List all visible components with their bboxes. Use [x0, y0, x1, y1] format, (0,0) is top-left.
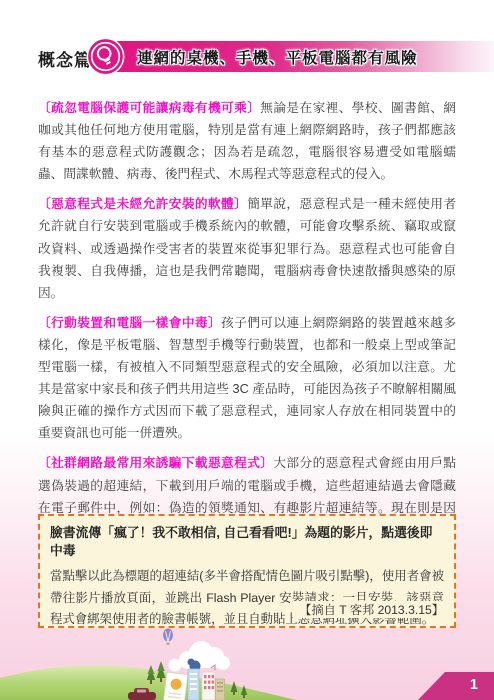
building-icon [216, 679, 225, 700]
news-callout-box: 臉書流傳「瘋了！我不敢相信, 自己看看吧!」為題的影片，點選後即中毒 當點擊以此… [38, 514, 456, 628]
book-icon [163, 672, 187, 700]
lightbulb-icon [86, 37, 125, 76]
section-heading: 〔行動裝置和電腦一樣會中毒〕 [38, 316, 221, 330]
section-paragraph: 〔行動裝置和電腦一樣會中毒〕孩子們可以連上網際網路的裝置越來越多樣化，像是平板電… [38, 312, 456, 445]
section-heading: 〔疏忽電腦保護可能讓病毒有機可乘〕 [38, 101, 260, 115]
callout-title: 臉書流傳「瘋了！我不敢相信, 自己看看吧!」為題的影片，點選後即中毒 [50, 524, 444, 560]
page-title: 連網的桌機、手機、平板電腦都有風險 [137, 46, 418, 68]
section-text: 簡單說，惡意程式是一種未經使用者允許就自行安裝到電腦或手機系統內的軟體，可能會攻… [38, 197, 456, 299]
building-icon [188, 669, 199, 700]
section-heading: 〔社群網路最常用來誘騙下載惡意程式〕 [38, 456, 273, 470]
building-icon [202, 665, 215, 700]
callout-source: 【摘自 T 客邦 2013.3.15】 [293, 601, 444, 618]
section-paragraph: 〔惡意程式是未經允許安裝的軟體〕簡單說，惡意程式是一種未經使用者允許就自行安裝到… [38, 193, 456, 303]
balloon-icon [163, 629, 173, 646]
section-heading: 〔惡意程式是未經允許安裝的軟體〕 [38, 197, 247, 211]
title-banner: 連網的桌機、手機、平板電腦都有風險 [104, 41, 494, 72]
chapter-label: 概念篇 [38, 46, 92, 71]
page-header: 概念篇 連網的桌機、手機、平板電腦都有風險 [0, 41, 494, 72]
section-text: 孩子們可以連上網際網路的裝置越來越多樣化，像是平板電腦、智慧型手機等行動裝置，也… [38, 316, 456, 440]
section-paragraph: 〔疏忽電腦保護可能讓病毒有機可乘〕無論是在家裡、學校、圖書館、網咖或其他任何地方… [38, 97, 456, 185]
page-number: 1 [470, 677, 478, 693]
document-page: 概念篇 連網的桌機、手機、平板電腦都有風險 〔疏忽電腦保護可能讓病毒有機可乘〕無… [0, 0, 494, 700]
callout-body: 當點擊以此為標題的超連結(多半會搭配情色圖片吸引點擊)，使用者會被帶往影片播放頁… [50, 566, 444, 631]
